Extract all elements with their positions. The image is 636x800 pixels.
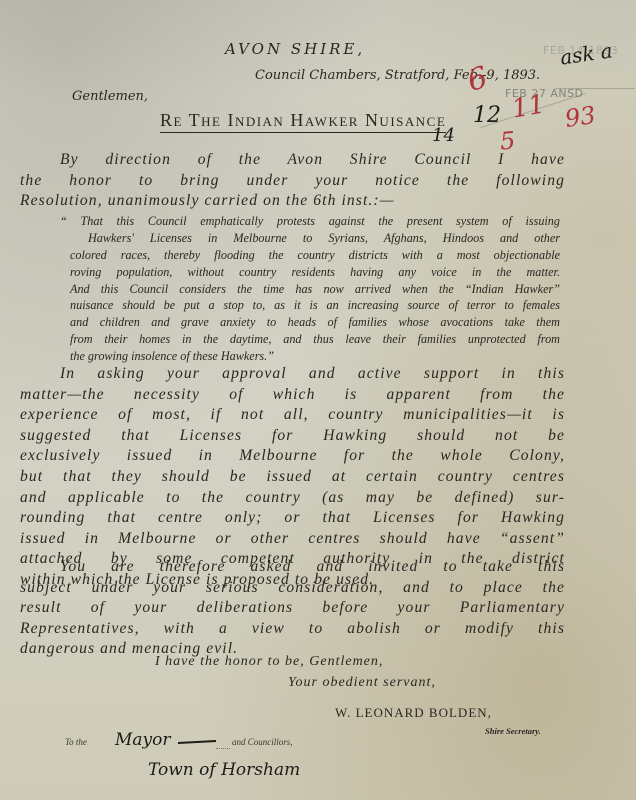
place-date-line: Council Chambers, Stratford, Feb.-9, 189…	[255, 68, 540, 83]
dotted-line	[216, 748, 230, 749]
resolution-line: “ That this Council emphatically protest…	[60, 213, 560, 230]
closing-para-line: result of your deliberations before your…	[20, 598, 565, 619]
handwritten-town: Town of Horsham	[148, 760, 300, 780]
request-line: In asking your approval and active suppo…	[20, 364, 565, 385]
red-ink-annotation: 6	[464, 60, 492, 99]
letterhead: AVON SHIRE,	[225, 40, 365, 58]
request-line: experience of most, if not all, country …	[20, 405, 565, 426]
resolution-line: and children and grave anxiety to heads …	[70, 314, 560, 331]
signer-title: Shire Secretary.	[485, 726, 541, 736]
red-ink-annotation: 11	[510, 89, 548, 124]
signer-name: W. LEONARD BOLDEN,	[335, 705, 492, 721]
handwritten-flourish	[178, 740, 216, 744]
intro-line: the honor to bring under your notice the…	[20, 171, 565, 192]
handwritten-mayor: Mayor	[115, 730, 171, 750]
request-line: and applicable to the country (as may be…	[20, 488, 565, 509]
closing-line-2: Your obedient servant,	[288, 675, 436, 691]
request-line: but that they should be issued at certai…	[20, 467, 565, 488]
request-line: suggested that Licenses for Hawking shou…	[20, 426, 565, 447]
subject-heading: Re The Indian Hawker Nuisance	[160, 110, 446, 133]
resolution-line: And this Council considers the time has …	[70, 281, 560, 298]
closing-para-line: Representatives, with a view to abolish …	[20, 619, 565, 640]
request-line: rounding that centre only; or that Licen…	[20, 508, 565, 529]
ink-annotation: 14	[432, 125, 455, 146]
request-line: matter—the necessity of which is apparen…	[20, 385, 565, 406]
red-ink-annotation: 93	[563, 101, 597, 133]
resolution-line: from their homes in the daytime, and thu…	[70, 331, 560, 348]
salutation: Gentlemen,	[72, 89, 148, 104]
red-ink-annotation: 5	[499, 126, 517, 155]
closing-para-line: subject under your serious consideration…	[20, 578, 565, 599]
pencil-line	[555, 88, 635, 89]
request-line: exclusively issued in Melbourne for the …	[20, 446, 565, 467]
ink-annotation: 12	[473, 103, 501, 128]
resolution-line: Hawkers' Licenses in Melbourne to Syrian…	[70, 230, 560, 247]
resolution-line: colored races, thereby flooding the coun…	[70, 247, 560, 264]
closing-line-1: I have the honor to be, Gentlemen,	[155, 654, 383, 670]
intro-line: By direction of the Avon Shire Council I…	[20, 150, 565, 171]
resolution-line: nuisance should be put a stop to, as it …	[70, 297, 560, 314]
addressee-prefix: To the	[65, 737, 87, 747]
addressee-suffix: and Councillors,	[232, 737, 293, 747]
closing-paragraph: You are therefore asked and invited to t…	[20, 557, 565, 660]
intro-line: Resolution, unanimously carried on the 6…	[20, 191, 565, 212]
resolution-quote: “ That this Council emphatically protest…	[70, 213, 560, 365]
closing-para-line: You are therefore asked and invited to t…	[20, 557, 565, 578]
request-line: issued in Melbourne or other centres sho…	[20, 529, 565, 550]
resolution-line: roving population, without country resid…	[70, 264, 560, 281]
intro-paragraph: By direction of the Avon Shire Council I…	[20, 150, 565, 212]
letter-page: AVON SHIRE, Council Chambers, Stratford,…	[0, 0, 636, 800]
resolution-line: the growing insolence of these Hawkers.”	[70, 348, 560, 365]
